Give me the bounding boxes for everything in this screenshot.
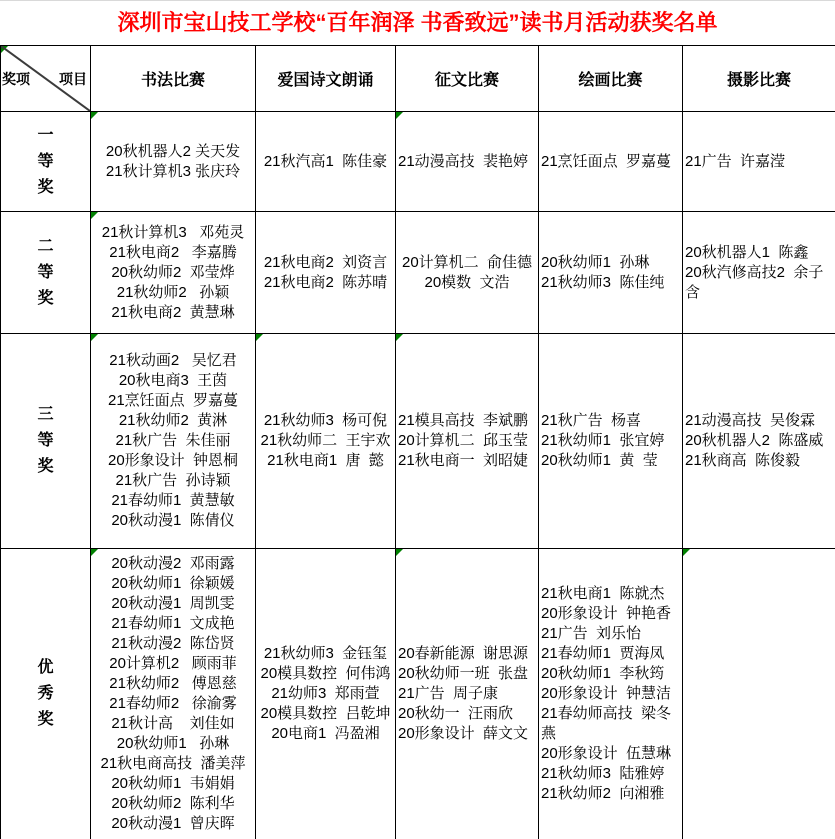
table-cell[interactable]: 21烹饪面点 罗嘉蔓 <box>539 112 683 212</box>
table-cell[interactable]: 21动漫高技 裴艳婷 <box>396 112 539 212</box>
cell-text: 21广告 许嘉滢 <box>685 152 833 172</box>
cell-text: 21烹饪面点 罗嘉蔓 <box>541 152 680 172</box>
comment-marker-icon <box>396 549 403 556</box>
table-cell[interactable]: 21模具高技 李斌鹏 20计算机二 邱玉莹 21秋电商一 刘昭婕 <box>396 334 539 549</box>
table-cell[interactable]: 20秋幼师1 孙琳 21秋幼师3 陈佳纯 <box>539 212 683 334</box>
table-cell[interactable]: 20计算机二 俞佳德 20模数 文浩 <box>396 212 539 334</box>
award-label-text: 优秀奖 <box>37 655 55 733</box>
table-cell[interactable]: 21秋电商2 刘资言 21秋电商2 陈苏晴 <box>256 212 396 334</box>
table-cell[interactable]: 21秋汽高1 陈佳豪 <box>256 112 396 212</box>
comment-marker-icon <box>683 549 690 556</box>
corner-label-project: 项目 <box>59 69 87 89</box>
column-header-painting[interactable]: 绘画比赛 <box>539 46 683 112</box>
table-cell[interactable]: 21秋电商1 陈就杰 20形象设计 钟艳香 21广告 刘乐怡 21春幼师1 贾海… <box>539 549 683 839</box>
cell-text: 21秋幼师3 杨可倪 21秋幼师二 王宇欢 21秋电商1 唐 懿 <box>258 411 393 471</box>
column-header-recitation[interactable]: 爱国诗文朗诵 <box>256 46 396 112</box>
corner-header-cell[interactable]: 奖项 项目 <box>1 46 91 112</box>
comment-marker-icon <box>91 112 98 119</box>
cell-text: 21模具高技 李斌鹏 20计算机二 邱玉莹 21秋电商一 刘昭婕 <box>398 411 536 471</box>
comment-marker-icon <box>396 112 403 119</box>
table-cell[interactable]: 20秋机器人1 陈鑫 20秋汽修高技2 余子含 <box>683 212 835 334</box>
cell-text: 21秋汽高1 陈佳豪 <box>258 152 393 172</box>
cell-text: 21秋电商1 陈就杰 20形象设计 钟艳香 21广告 刘乐怡 21春幼师1 贾海… <box>541 584 680 804</box>
table-cell[interactable]: 21秋幼师3 杨可倪 21秋幼师二 王宇欢 21秋电商1 唐 懿 <box>256 334 396 549</box>
page-title: 深圳市宝山技工学校“百年润泽 书香致远”读书月活动获奖名单 <box>0 0 835 45</box>
comment-marker-icon <box>396 334 403 341</box>
cell-text: 20春新能源 谢思源 20秋幼师一班 张盘 21广告 周子康 20秋幼一 汪雨欣… <box>398 644 536 744</box>
table-cell[interactable]: 21广告 许嘉滢 <box>683 112 835 212</box>
table-cell[interactable]: 20春新能源 谢思源 20秋幼师一班 张盘 21广告 周子康 20秋幼一 汪雨欣… <box>396 549 539 839</box>
cell-text: 20秋幼师1 孙琳 21秋幼师3 陈佳纯 <box>541 253 680 293</box>
cell-text: 20秋动漫2 邓雨露 20秋幼师1 徐颖媛 20秋动漫1 周凯雯 21春幼师1 … <box>93 554 253 834</box>
award-label-cell[interactable]: 优秀奖 <box>1 549 91 839</box>
column-header-photography[interactable]: 摄影比赛 <box>683 46 835 112</box>
table-cell[interactable]: 21秋计算机3 邓苑灵 21秋电商2 李嘉腾 20秋幼师2 邓莹烨 21秋幼师2… <box>91 212 256 334</box>
comment-marker-icon <box>91 212 98 219</box>
table-cell[interactable]: 20秋动漫2 邓雨露 20秋幼师1 徐颖媛 20秋动漫1 周凯雯 21春幼师1 … <box>91 549 256 839</box>
award-label-cell[interactable]: 二等奖 <box>1 212 91 334</box>
cell-text: 21秋幼师3 金钰玺 20模具数控 何伟鸿 21幼师3 郑雨萱 20模具数控 吕… <box>258 644 393 744</box>
cell-text: 21秋广告 杨喜 21秋幼师1 张宜婷 20秋幼师1 黄 莹 <box>541 411 680 471</box>
cell-text: 20秋机器人2 关天发 21秋计算机3 张庆玲 <box>93 142 253 182</box>
column-header-calligraphy[interactable]: 书法比赛 <box>91 46 256 112</box>
cell-text: 20计算机二 俞佳德 20模数 文浩 <box>398 253 536 293</box>
cell-text: 21秋电商2 刘资言 21秋电商2 陈苏晴 <box>258 253 393 293</box>
award-label-text: 二等奖 <box>37 234 55 312</box>
table-cell[interactable]: 21秋幼师3 金钰玺 20模具数控 何伟鸿 21幼师3 郑雨萱 20模具数控 吕… <box>256 549 396 839</box>
cell-text: 21动漫高技 吴俊霖 20秋机器人2 陈盛威 21秋商高 陈俊毅 <box>685 411 833 471</box>
cell-text: 21动漫高技 裴艳婷 <box>398 152 536 172</box>
award-table: 奖项 项目 书法比赛 爱国诗文朗诵 征文比赛 绘画比赛 摄影比赛 一等奖20秋机… <box>0 45 835 839</box>
column-header-essay[interactable]: 征文比赛 <box>396 46 539 112</box>
table-cell[interactable]: 21秋广告 杨喜 21秋幼师1 张宜婷 20秋幼师1 黄 莹 <box>539 334 683 549</box>
corner-label-award: 奖项 <box>2 69 30 89</box>
table-cell[interactable]: 20秋机器人2 关天发 21秋计算机3 张庆玲 <box>91 112 256 212</box>
cell-text: 21秋计算机3 邓苑灵 21秋电商2 李嘉腾 20秋幼师2 邓莹烨 21秋幼师2… <box>93 223 253 323</box>
award-sheet: 深圳市宝山技工学校“百年润泽 书香致远”读书月活动获奖名单 奖项 项目 书法比赛… <box>0 0 835 839</box>
award-label-cell[interactable]: 三等奖 <box>1 334 91 549</box>
comment-marker-icon <box>91 334 98 341</box>
award-label-cell[interactable]: 一等奖 <box>1 112 91 212</box>
cell-text: 21秋动画2 吴忆君 20秋电商3 王茵 21烹饪面点 罗嘉蔓 21秋幼师2 黄… <box>93 351 253 531</box>
table-cell[interactable] <box>683 549 835 839</box>
table-cell[interactable]: 21动漫高技 吴俊霖 20秋机器人2 陈盛威 21秋商高 陈俊毅 <box>683 334 835 549</box>
table-cell[interactable]: 21秋动画2 吴忆君 20秋电商3 王茵 21烹饪面点 罗嘉蔓 21秋幼师2 黄… <box>91 334 256 549</box>
cell-text: 20秋机器人1 陈鑫 20秋汽修高技2 余子含 <box>685 243 833 303</box>
comment-marker-icon <box>256 334 263 341</box>
award-label-text: 三等奖 <box>37 402 55 480</box>
award-label-text: 一等奖 <box>37 123 55 201</box>
